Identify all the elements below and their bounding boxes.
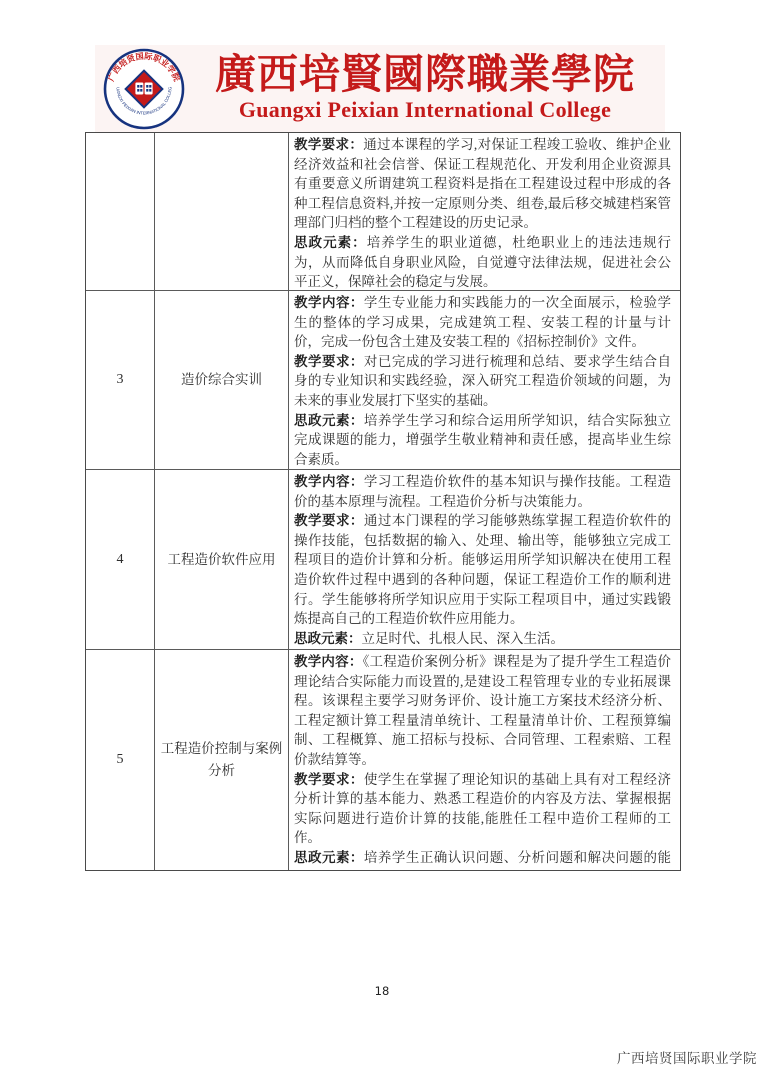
course-content-cell: 教学内容：学生专业能力和实践能力的一次全面展示，检验学生的整体的学习成果，完成建… [289, 291, 680, 469]
content-paragraph: 教学内容：《工程造价案例分析》课程是为了提升学生工程造价理论结合实际能力而设置的… [294, 652, 671, 770]
college-name-en: Guangxi Peixian International College [185, 97, 665, 123]
content-paragraph: 思政元素：培养学生学习和综合运用所学知识，结合实际独立完成课题的能力，增强学生敬… [294, 411, 671, 469]
content-paragraph: 教学要求：通过本课程的学习,对保证工程竣工验收、维护企业经济效益和社会信誉、保证… [294, 135, 671, 233]
course-content-cell: 教学内容：学习工程造价软件的基本知识与操作技能。工程造价的基本原理与流程。工程造… [289, 470, 680, 649]
paragraph-label: 思政元素： [294, 631, 362, 646]
college-title-block: 廣西培賢國際職業學院 Guangxi Peixian International… [185, 45, 665, 123]
table-row: 教学要求：通过本课程的学习,对保证工程竣工验收、维护企业经济效益和社会信誉、保证… [86, 133, 680, 291]
course-content-cell: 教学内容：《工程造价案例分析》课程是为了提升学生工程造价理论结合实际能力而设置的… [289, 650, 680, 870]
content-paragraph: 教学要求：使学生在掌握了理论知识的基础上具有对工程经济分析计算的基本能力、熟悉工… [294, 770, 671, 848]
content-paragraph: 教学内容：学生专业能力和实践能力的一次全面展示，检验学生的整体的学习成果，完成建… [294, 293, 671, 352]
content-paragraph: 思政元素：培养学生的职业道德，杜绝职业上的违法违规行为，从而降低自身职业风险，自… [294, 233, 671, 290]
paragraph-label: 思政元素： [294, 235, 367, 250]
document-page: 广西培贤国际职业学院 GUANGXI PEIXIAN INTERNATIONAL… [0, 0, 764, 1080]
course-name-cell [155, 133, 289, 290]
content-paragraph: 教学要求：通过本门课程的学习能够熟练掌握工程造价软件的操作技能，包括数据的输入、… [294, 511, 671, 629]
college-seal-icon: 广西培贤国际职业学院 GUANGXI PEIXIAN INTERNATIONAL… [103, 48, 185, 130]
paragraph-text: 通过本门课程的学习能够熟练掌握工程造价软件的操作技能，包括数据的输入、处理、输出… [294, 513, 671, 626]
paragraph-label: 思政元素： [294, 413, 364, 428]
course-name-cell: 工程造价软件应用 [155, 470, 289, 649]
college-name-zh: 廣西培賢國際職業學院 [185, 51, 665, 97]
table-row: 4工程造价软件应用教学内容：学习工程造价软件的基本知识与操作技能。工程造价的基本… [86, 470, 680, 650]
paragraph-label: 教学内容： [294, 474, 364, 489]
course-number-cell: 3 [86, 291, 155, 469]
course-number-cell: 4 [86, 470, 155, 649]
paragraph-label: 教学内容： [294, 654, 363, 669]
course-table: 教学要求：通过本课程的学习,对保证工程竣工验收、维护企业经济效益和社会信誉、保证… [85, 132, 681, 871]
paragraph-label: 教学要求： [294, 354, 364, 369]
content-paragraph: 思政元素：立足时代、扎根人民、深入生活。 [294, 629, 671, 649]
course-number-cell [86, 133, 155, 290]
table-row: 5工程造价控制与案例分析教学内容：《工程造价案例分析》课程是为了提升学生工程造价… [86, 650, 680, 870]
paragraph-label: 教学内容： [294, 295, 364, 310]
content-paragraph: 思政元素：培养学生正确认识问题、分析问题和解决问题的能力。培养学生树立责任意识。 [294, 848, 671, 870]
course-content-cell: 教学要求：通过本课程的学习,对保证工程竣工验收、维护企业经济效益和社会信誉、保证… [289, 133, 680, 290]
content-paragraph: 教学内容：学习工程造价软件的基本知识与操作技能。工程造价的基本原理与流程。工程造… [294, 472, 671, 511]
course-table-body: 教学要求：通过本课程的学习,对保证工程竣工验收、维护企业经济效益和社会信誉、保证… [86, 133, 680, 870]
footer-watermark: 广西培贤国际职业学院 [617, 1047, 757, 1067]
page-number: 18 [0, 984, 764, 998]
paragraph-label: 教学要求： [294, 772, 364, 787]
paragraph-label: 思政元素： [294, 850, 364, 865]
course-name-cell: 工程造价控制与案例分析 [155, 650, 289, 870]
paragraph-text: 立足时代、扎根人民、深入生活。 [362, 631, 565, 646]
table-row: 3造价综合实训教学内容：学生专业能力和实践能力的一次全面展示，检验学生的整体的学… [86, 291, 680, 470]
content-paragraph: 教学要求：对已完成的学习进行梳理和总结、要求学生结合自身的专业知识和实践经验，深… [294, 352, 671, 411]
paragraph-label: 教学要求： [294, 513, 364, 528]
college-seal-logo: 广西培贤国际职业学院 GUANGXI PEIXIAN INTERNATIONAL… [103, 48, 185, 135]
college-header: 广西培贤国际职业学院 GUANGXI PEIXIAN INTERNATIONAL… [95, 45, 665, 132]
course-number-cell: 5 [86, 650, 155, 870]
paragraph-text: 《工程造价案例分析》课程是为了提升学生工程造价理论结合实际能力而设置的,是建设工… [294, 654, 671, 767]
course-name-cell: 造价综合实训 [155, 291, 289, 469]
paragraph-label: 教学要求： [294, 137, 363, 152]
